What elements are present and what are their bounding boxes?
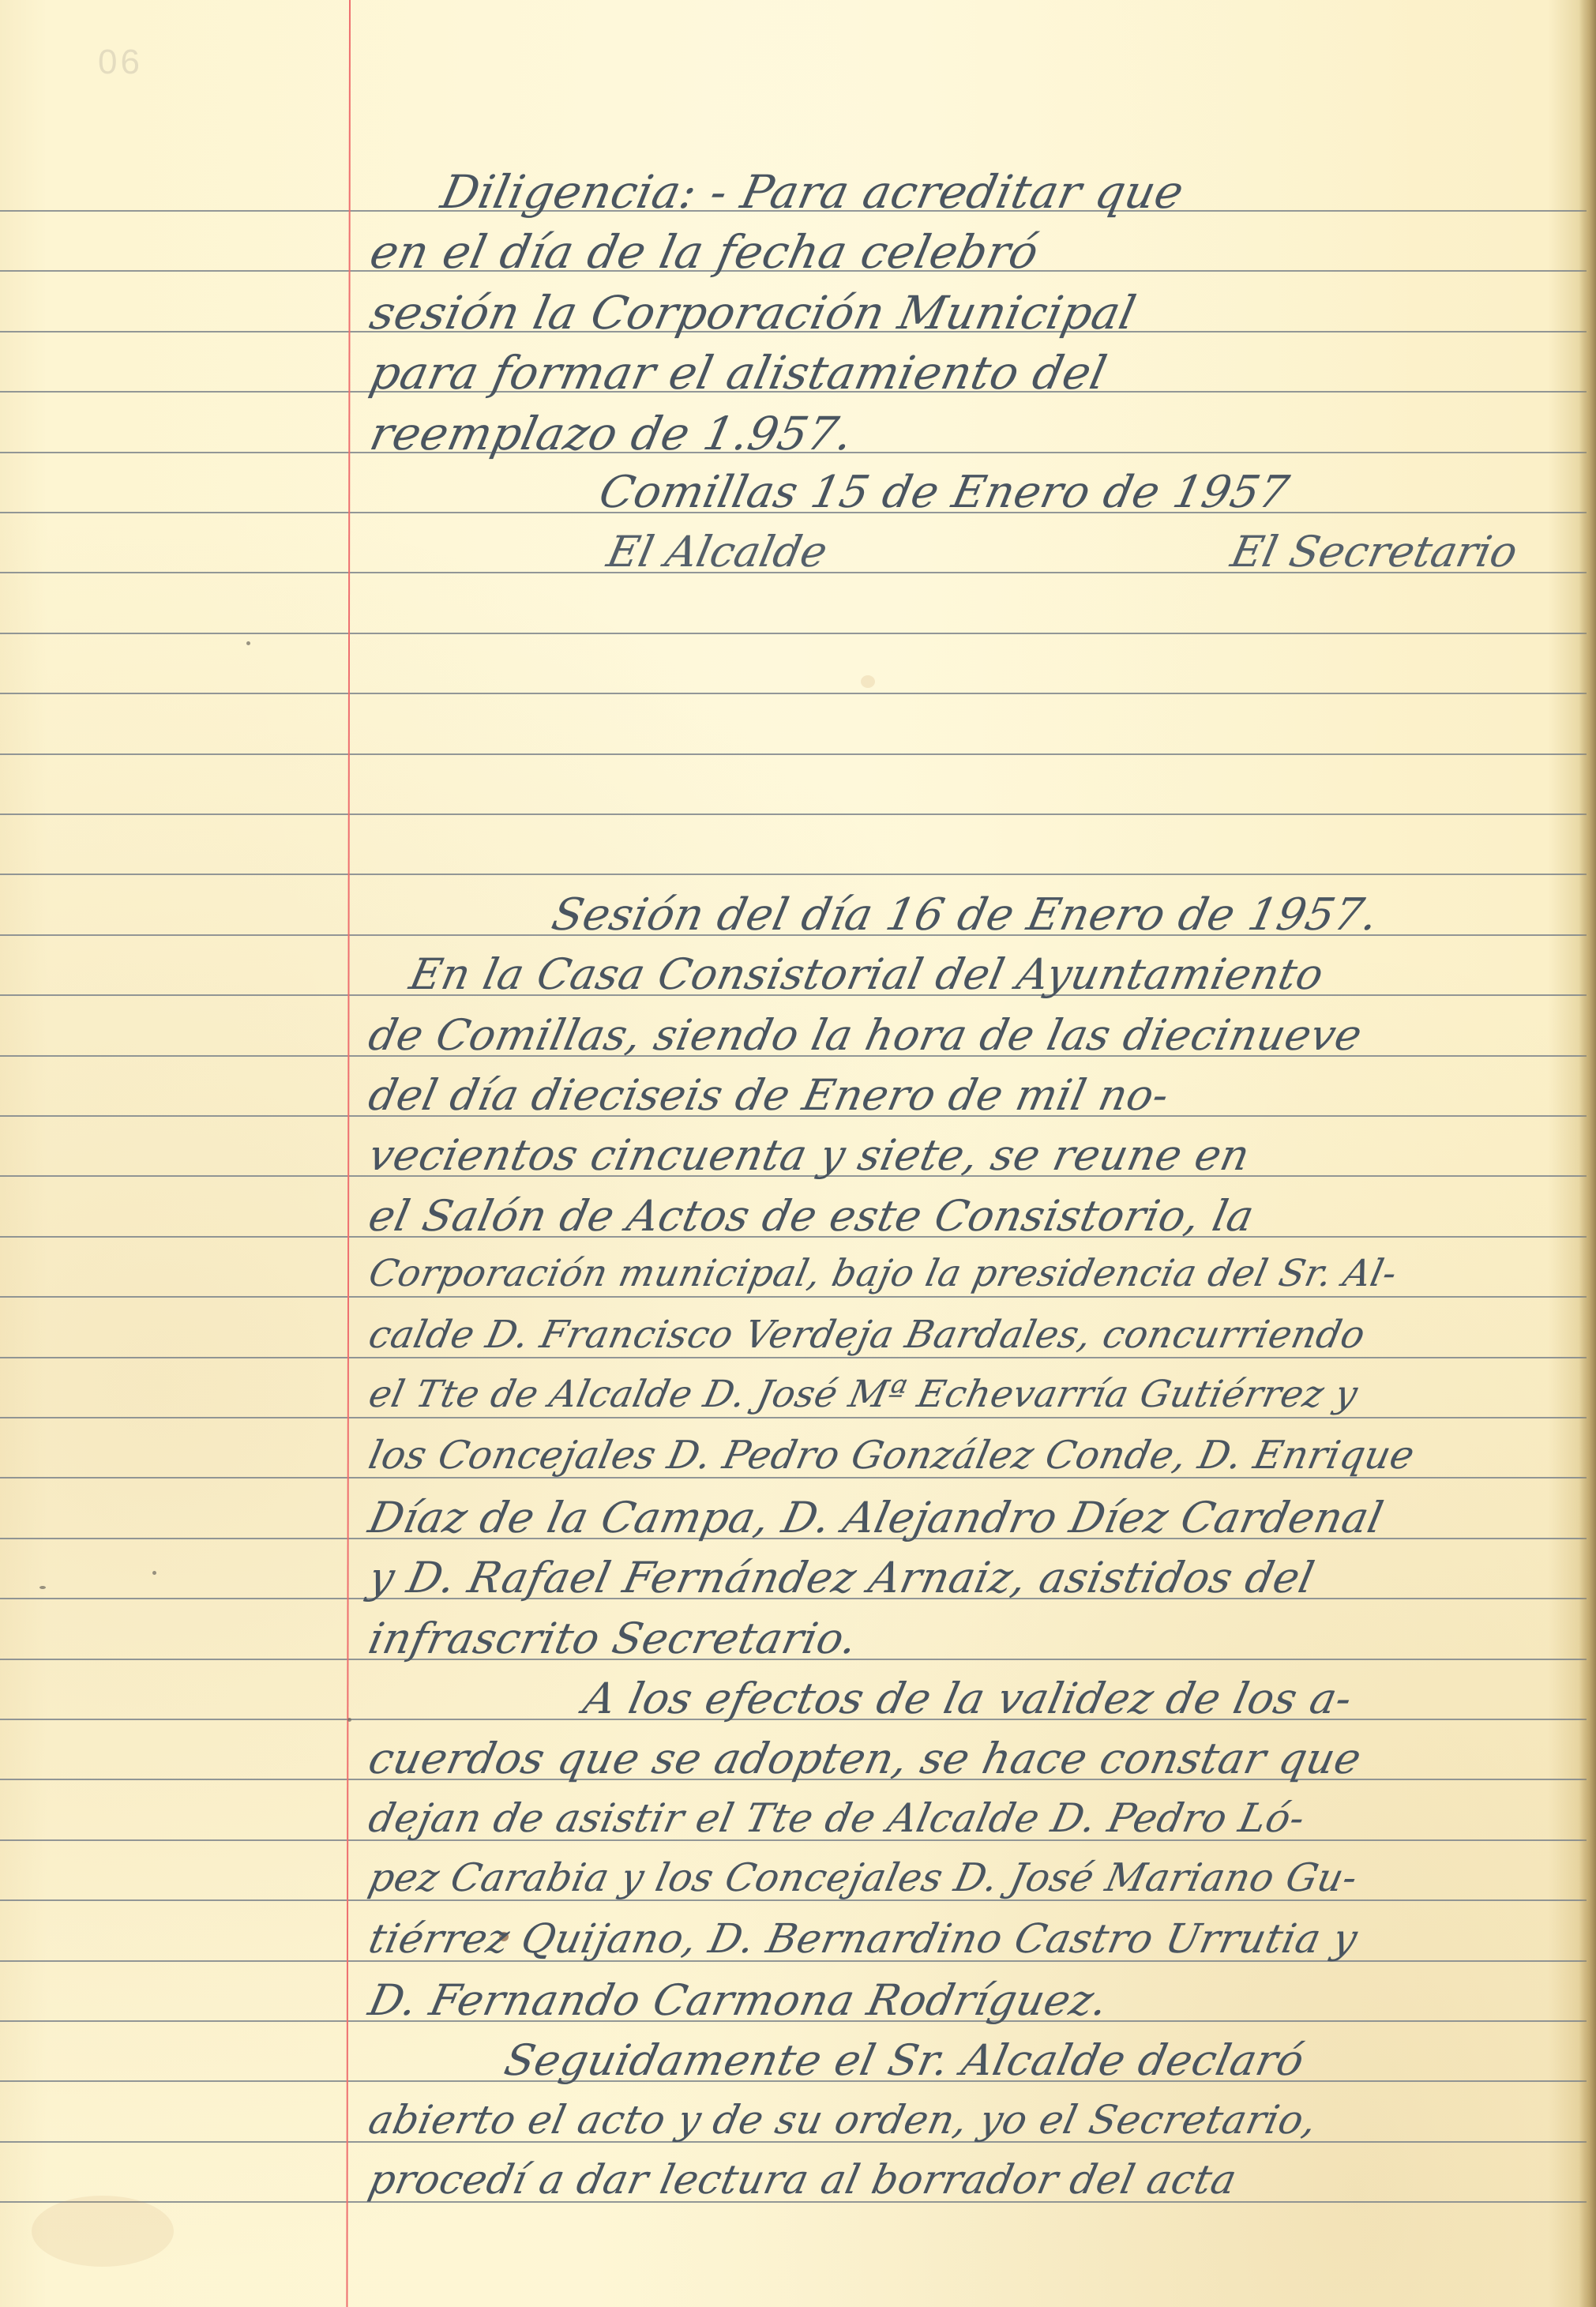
ruled-line bbox=[0, 1417, 1587, 1418]
session-line: Seguidamente el Sr. Alcalde declaró bbox=[501, 2039, 1308, 2082]
session-line: Díaz de la Campa, D. Alejandro Díez Card… bbox=[365, 1497, 1387, 1539]
signature-secretario: El Secretario bbox=[1227, 531, 1521, 573]
page-number: 06 bbox=[98, 43, 143, 82]
session-line: dejan de asistir el Tte de Alcalde D. Pe… bbox=[366, 1798, 1309, 1838]
session-line: el Tte de Alcalde D. José Mª Echevarría … bbox=[366, 1376, 1361, 1413]
paper-stain bbox=[32, 2196, 174, 2267]
session-line: cuerdos que se adopten, se hace constar … bbox=[365, 1738, 1365, 1780]
signature-alcalde: El Alcalde bbox=[603, 531, 831, 573]
session-line: los Concejales D. Pedro González Conde, … bbox=[366, 1436, 1418, 1475]
ink-speck bbox=[152, 1571, 156, 1575]
session-line: pez Carabia y los Concejales D. José Mar… bbox=[366, 1858, 1361, 1897]
ruled-line bbox=[0, 753, 1587, 755]
session-line: infrascrito Secretario. bbox=[365, 1618, 861, 1660]
binding-edge-shadow bbox=[1579, 0, 1596, 2307]
paper-stain bbox=[861, 675, 875, 688]
session-line: En la Casa Consistorial del Ayuntamiento bbox=[406, 953, 1327, 996]
session-line: el Salón de Actos de este Consistorio, l… bbox=[365, 1195, 1257, 1238]
diligencia-line: para formar el alistamiento del bbox=[366, 350, 1111, 396]
diligencia-line: reemplazo de 1.957. bbox=[366, 411, 858, 457]
ledger-page: 06 Diligencia: - Para acreditar que en e… bbox=[0, 0, 1596, 2307]
ruled-line bbox=[0, 874, 1587, 875]
session-line: vecientos cincuenta y siete, se reune en bbox=[365, 1134, 1253, 1177]
ink-speck bbox=[246, 641, 250, 645]
diligencia-line: en el día de la fecha celebró bbox=[366, 229, 1043, 275]
ruled-line bbox=[0, 1296, 1587, 1298]
ink-speck bbox=[39, 1586, 46, 1589]
session-line: de Comillas, siendo la hora de las dieci… bbox=[365, 1014, 1365, 1057]
session-line: calde D. Francisco Verdeja Bardales, con… bbox=[366, 1316, 1369, 1354]
ruled-line bbox=[0, 813, 1587, 815]
ruled-line bbox=[0, 693, 1587, 694]
ink-speck bbox=[347, 1718, 351, 1722]
diligencia-line: sesión la Corporación Municipal bbox=[366, 290, 1140, 336]
session-line: abierto el acto y de su orden, yo el Sec… bbox=[366, 2100, 1320, 2140]
ruled-line bbox=[0, 633, 1587, 634]
session-line: tiérrez Quijano, D. Bernardino Castro Ur… bbox=[366, 1919, 1361, 1959]
session-line: D. Fernando Carmona Rodríguez. bbox=[365, 1979, 1111, 2022]
session-line: y D. Rafael Fernández Arnaiz, asistidos … bbox=[365, 1557, 1318, 1599]
session-line: Corporación municipal, bajo la presidenc… bbox=[366, 1255, 1400, 1292]
session-line: A los efectos de la validez de los a- bbox=[580, 1678, 1356, 1720]
diligencia-line: Diligencia: - Para acreditar que bbox=[437, 169, 1188, 215]
session-line: procedí a dar lectura al borrador del ac… bbox=[366, 2160, 1241, 2200]
session-heading: Sesión del día 16 de Enero de 1957. bbox=[548, 893, 1382, 937]
session-line: del día dieciseis de Enero de mil no- bbox=[365, 1074, 1173, 1117]
ruled-line bbox=[0, 1357, 1587, 1358]
place-date-line: Comillas 15 de Enero de 1957 bbox=[595, 471, 1293, 515]
